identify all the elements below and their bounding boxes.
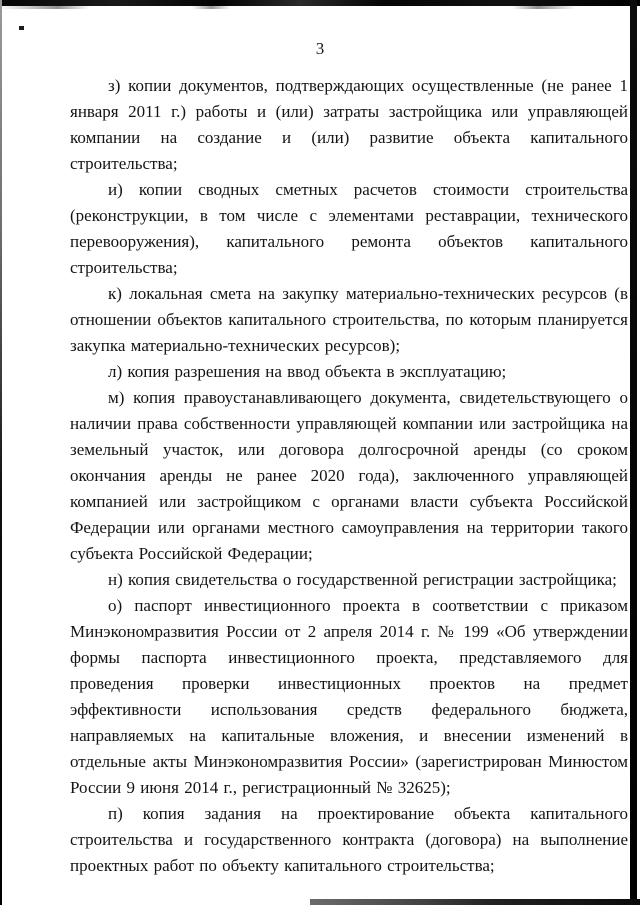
paragraph-item-o: о) паспорт инвестиционного проекта в соо…	[70, 593, 628, 801]
paragraph-item-p: п) копия задания на проектирование объек…	[70, 801, 628, 879]
page-number: 3	[0, 39, 640, 59]
paragraph-item-z: з) копии документов, подтверждающих осущ…	[70, 73, 628, 177]
scan-speck	[19, 26, 24, 30]
document-body: з) копии документов, подтверждающих осущ…	[70, 73, 628, 879]
scan-left-edge-line	[0, 0, 2, 905]
paragraph-item-i: и) копии сводных сметных расчетов стоимо…	[70, 177, 628, 281]
scan-top-edge-fringe	[0, 6, 640, 9]
document-page: 3 з) копии документов, подтверждающих ос…	[0, 0, 640, 905]
paragraph-item-k: к) локальная смета на закупку материальн…	[70, 281, 628, 359]
paragraph-item-l: л) копия разрешения на ввод объекта в эк…	[70, 359, 628, 385]
paragraph-item-n: н) копия свидетельства о государственной…	[70, 567, 628, 593]
scan-right-edge-line	[630, 0, 637, 905]
paragraph-item-m: м) копия правоустанавливающего документа…	[70, 385, 628, 567]
scan-bottom-edge-bar	[310, 899, 640, 905]
